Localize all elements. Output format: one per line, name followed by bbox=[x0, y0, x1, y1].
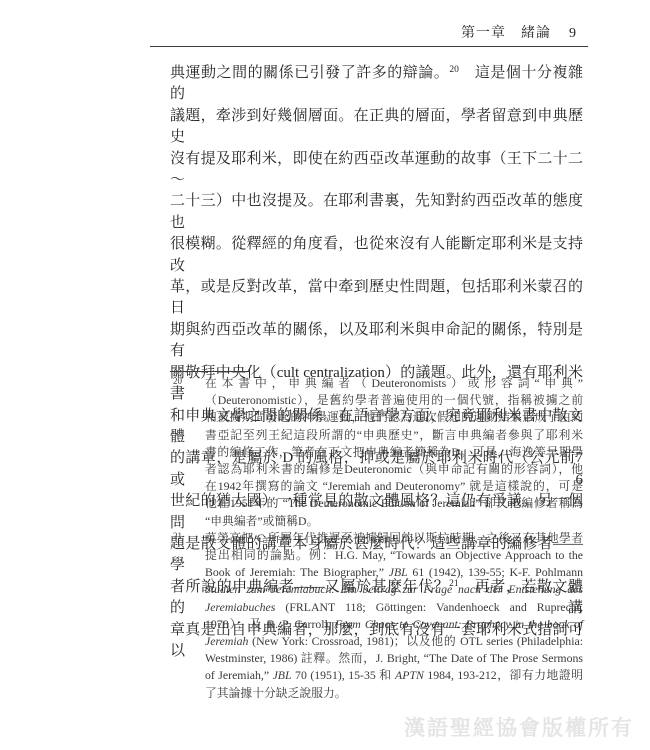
text-segment: 書亞記至列王紀這段所謂的“申典歷史”，斷言申典編者參與了耶利米 bbox=[205, 428, 583, 442]
chapter-heading: 第一章 緒論 bbox=[461, 26, 551, 41]
italic-citation: From Chaos to Covenant: Prophecy in the … bbox=[335, 617, 583, 631]
text-line: 二十三）中也沒提及。在耶利書裏，先知對約西亞改革的態度也 bbox=[170, 191, 583, 234]
text-line: 議題，牽涉到好幾個層面。在正典的層面，學者留意到申典歷史 bbox=[170, 106, 583, 149]
text-segment: 他在1951年的 “The Deuteronomic Edition of Je… bbox=[205, 496, 583, 510]
header-rule bbox=[150, 46, 588, 47]
text-segment: 莫榮高把 C 所屬年代推遲至被擄歸回的以斯拉時期，之後又有其他學者 bbox=[205, 531, 583, 545]
text-line: 很模糊。從釋經的角度看，也從來沒有人能斷定耶利米是支持改 bbox=[170, 234, 583, 277]
text-line: 者認為耶利米書的編修是Deuteronomic（與申命記有關的形容詞），他 bbox=[205, 461, 583, 478]
text-segment: 1984, 193-212，卻有力地證明 bbox=[424, 668, 583, 682]
text-segment: 書的編修工作，筆者在下文把申典編者簡稱為D。可是，海逸等早期學 bbox=[205, 445, 583, 459]
text-line: 和被擄期間發起的神學運動，他們認為這次假想的運動結果形成了由約 bbox=[205, 409, 583, 426]
footnote-number: 20 bbox=[173, 373, 182, 390]
text-segment: 了其論據十分缺乏說服力。 bbox=[205, 686, 347, 700]
text-line: of Jeremiah,” JBL 70 (1951), 15-35 和 APT… bbox=[205, 667, 583, 684]
footnote-text: 莫榮高把 C 所屬年代推遲至被擄歸回的以斯拉時期，之後又有其他學者提出相同的論點… bbox=[205, 530, 583, 702]
text-segment: 者認為耶利米書的編修是Deuteronomic（與申命記有關的形容詞），他 bbox=[205, 462, 583, 476]
italic-citation: Jeremiabuches bbox=[205, 600, 275, 614]
text-segment: 61 (1942), 139-55; K-F. Pohlmann bbox=[408, 565, 583, 579]
text-segment: 革，或是反對改革，當中牽到歷史性問題，包括耶利米蒙召的日 bbox=[170, 279, 583, 316]
text-line: 莫榮高把 C 所屬年代推遲至被擄歸回的以斯拉時期，之後又有其他學者 bbox=[205, 530, 583, 547]
text-line: Westminster, 1986) 註釋。然而，J. Bright, “The… bbox=[205, 650, 583, 667]
text-line: 期與約西亞改革的關係，以及耶利米與申命記的關係，特別是有 bbox=[170, 320, 583, 363]
text-segment: 1978）；及 R. P. Carroll, bbox=[205, 617, 335, 631]
text-segment: 很模糊。從釋經的角度看，也從來沒有人能斷定耶利米是支持改 bbox=[170, 236, 583, 273]
text-line: 書的編修工作，筆者在下文把申典編者簡稱為D。可是，海逸等早期學 bbox=[205, 444, 583, 461]
book-page: 第一章 緒論9 典運動之間的關係已引發了許多的辯論。20 這是個十分複雜的議題，… bbox=[0, 0, 650, 750]
text-line: 他在1951年的 “The Deuteronomic Edition of Je… bbox=[205, 495, 583, 512]
footnote-number: 21 bbox=[173, 528, 182, 545]
italic-citation: APTN bbox=[395, 668, 424, 682]
text-segment: 70 (1951), 15-35 和 bbox=[292, 668, 395, 682]
text-line: Studien zum Jeremiabuch. Ein beitrag zur… bbox=[205, 581, 583, 598]
text-line: 在1942年撰寫的論文 “Jeremiah and Deuteronomy” 就… bbox=[205, 478, 583, 495]
text-line: Jeremiah (New York: Crossroad, 1981)；以及他… bbox=[205, 633, 583, 650]
text-segment: （Deuteronomistic），是舊約學者普遍使用的一個代號，指稱被擄之前 bbox=[205, 393, 583, 407]
text-line: （Deuteronomistic），是舊約學者普遍使用的一個代號，指稱被擄之前 bbox=[205, 392, 583, 409]
text-segment: (New York: Crossroad, 1981)；以及他的 OTL ser… bbox=[248, 634, 583, 648]
footnote: 20在本書中，申典編者（Deuteronomists）或形容詞“申典”（Deut… bbox=[170, 375, 583, 530]
text-segment: 在1942年撰寫的論文 “Jeremiah and Deuteronomy” 就… bbox=[205, 479, 583, 493]
italic-citation: JBL bbox=[389, 565, 408, 579]
text-segment: 在本書中，申典編者（Deuteronomists）或形容詞“申典” bbox=[205, 376, 583, 390]
text-segment: 二十三）中也沒提及。在耶利書裏，先知對約西亞改革的態度也 bbox=[170, 193, 583, 230]
footnote-text: 在本書中，申典編者（Deuteronomists）或形容詞“申典”（Deuter… bbox=[205, 375, 583, 530]
text-segment: 期與約西亞改革的關係，以及耶利米與申命記的關係，特別是有 bbox=[170, 322, 583, 359]
watermark: 漢語聖經協會版權所有 bbox=[404, 712, 634, 742]
text-segment: of Jeremiah,” bbox=[205, 668, 273, 682]
footnote-separator bbox=[170, 371, 250, 372]
italic-citation: Jeremiah bbox=[205, 634, 248, 648]
text-line: 沒有提及耶利米，即使在約西亞改革運動的故事（王下二十二～ bbox=[170, 149, 583, 192]
text-line: 了其論據十分缺乏說服力。 bbox=[205, 685, 583, 702]
text-line: 1978）；及 R. P. Carroll, From Chaos to Cov… bbox=[205, 616, 583, 633]
text-line: 在本書中，申典編者（Deuteronomists）或形容詞“申典” bbox=[205, 375, 583, 392]
text-segment: 沒有提及耶利米，即使在約西亞改革運動的故事（王下二十二～ bbox=[170, 151, 583, 188]
text-line: 典運動之間的關係已引發了許多的辯論。20 這是個十分複雜的 bbox=[170, 63, 583, 106]
text-segment: 和被擄期間發起的神學運動，他們認為這次假想的運動結果形成了由約 bbox=[205, 410, 583, 424]
text-line: 革，或是反對改革，當中牽到歷史性問題，包括耶利米蒙召的日 bbox=[170, 277, 583, 320]
footnotes: 20在本書中，申典編者（Deuteronomists）或形容詞“申典”（Deut… bbox=[170, 375, 583, 702]
text-segment: 議題，牽涉到好幾個層面。在正典的層面，學者留意到申典歷史 bbox=[170, 108, 583, 145]
page-header: 第一章 緒論9 bbox=[150, 22, 576, 42]
italic-citation: JBL bbox=[273, 668, 292, 682]
page-number: 9 bbox=[569, 26, 576, 41]
text-segment: “申典編者”或簡稱D。 bbox=[205, 514, 318, 528]
text-line: Book of Jeremiah: The Biographer,” JBL 6… bbox=[205, 564, 583, 581]
text-segment: (FRLANT 118; Göttingen: Vandenhoeck and … bbox=[275, 600, 583, 614]
text-line: Jeremiabuches (FRLANT 118; Göttingen: Va… bbox=[205, 599, 583, 616]
footnote-ref: 20 bbox=[449, 65, 459, 75]
text-segment: 提出相同的論點。例：H.G. May, “Towards an Objectiv… bbox=[205, 548, 583, 562]
text-segment: Westminster, 1986) 註釋。然而，J. Bright, “The… bbox=[205, 651, 583, 665]
text-segment: 典運動之間的關係已引發了許多的辯論。 bbox=[170, 65, 449, 81]
text-segment: Book of Jeremiah: The Biographer,” bbox=[205, 565, 389, 579]
italic-citation: Studien zum Jeremiabuch. Ein beitrag zur… bbox=[205, 582, 583, 596]
text-line: 提出相同的論點。例：H.G. May, “Towards an Objectiv… bbox=[205, 547, 583, 564]
footnote: 21莫榮高把 C 所屬年代推遲至被擄歸回的以斯拉時期，之後又有其他學者提出相同的… bbox=[170, 530, 583, 702]
text-line: “申典編者”或簡稱D。 bbox=[205, 513, 583, 530]
text-line: 書亞記至列王紀這段所謂的“申典歷史”，斷言申典編者參與了耶利米 bbox=[205, 427, 583, 444]
